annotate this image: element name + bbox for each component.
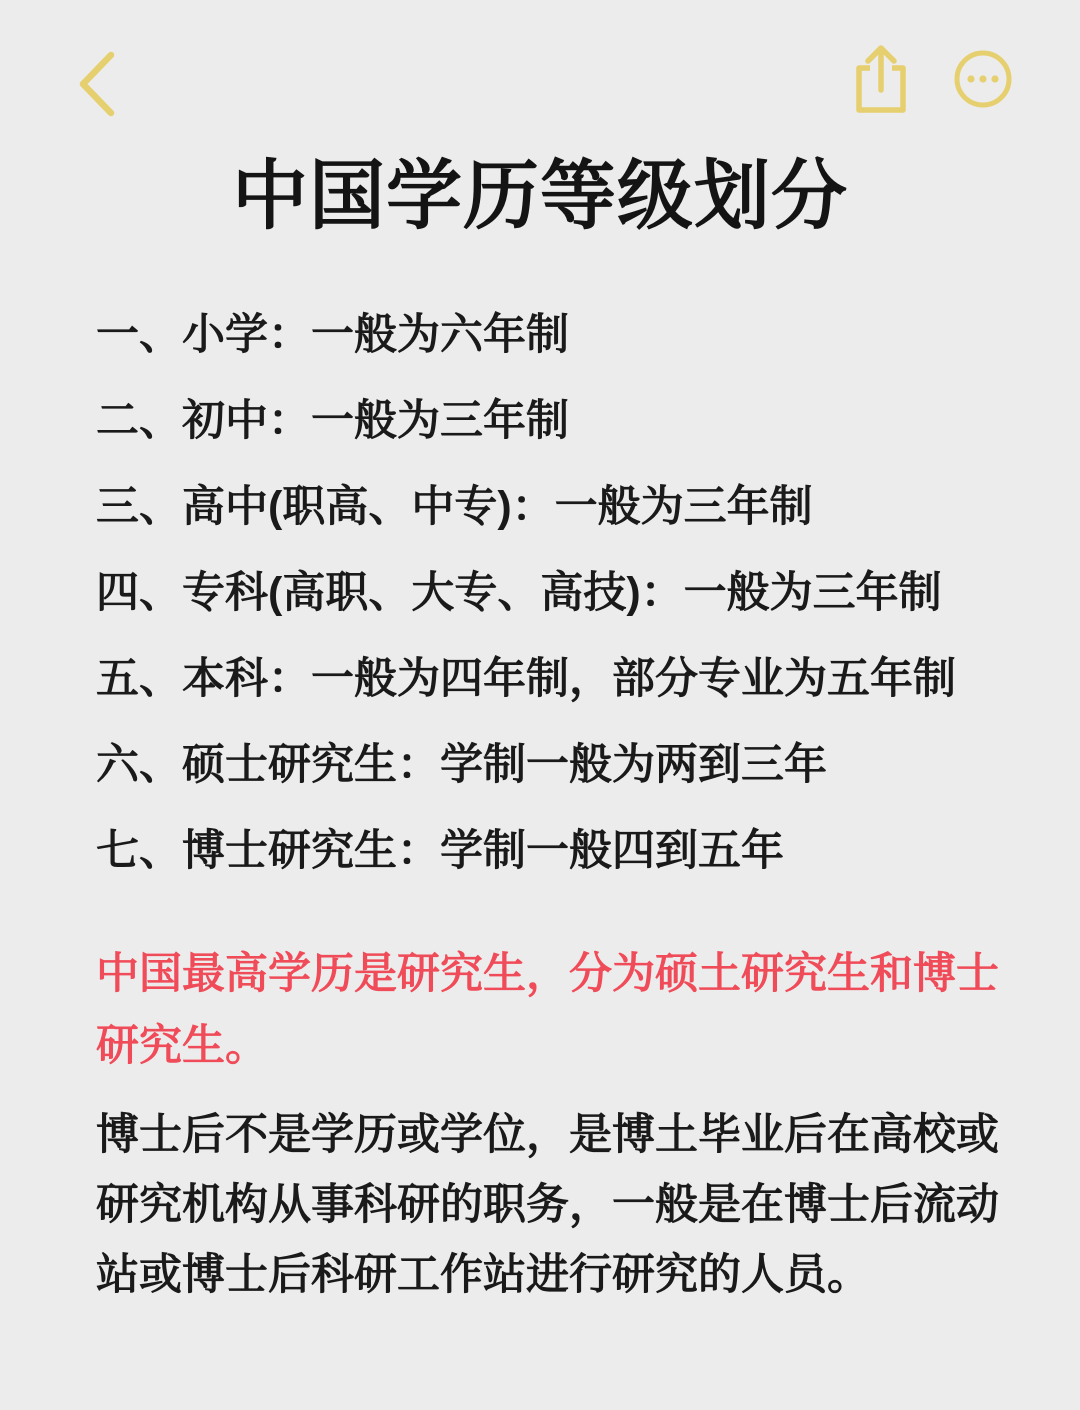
highlight-paragraph: 中国最高学历是研究生，分为硕土研究生和博士研究生。 <box>96 938 1002 1082</box>
list-item: 一、小学：一般为六年制 <box>96 292 1026 378</box>
share-icon <box>848 42 914 116</box>
back-button[interactable] <box>74 50 120 118</box>
list-item: 七、博士研究生：学制一般四到五年 <box>96 808 1026 894</box>
navbar <box>0 0 1080 132</box>
page-title: 中国学历等级划分 <box>0 146 1080 248</box>
ellipsis-circle-icon <box>952 48 1014 110</box>
more-button[interactable] <box>952 48 1014 110</box>
list-item: 二、初中：一般为三年制 <box>96 378 1026 464</box>
education-levels-list: 一、小学：一般为六年制 二、初中：一般为三年制 三、高中(职高、中专)：一般为三… <box>96 292 1026 894</box>
list-item: 六、硕士研究生：学制一般为两到三年 <box>96 722 1026 808</box>
chevron-left-icon <box>74 50 120 118</box>
list-item: 三、高中(职高、中专)：一般为三年制 <box>96 464 1026 550</box>
article-page: 中国学历等级划分 一、小学：一般为六年制 二、初中：一般为三年制 三、高中(职高… <box>0 0 1080 1410</box>
list-item: 四、专科(高职、大专、高技)：一般为三年制 <box>96 550 1026 636</box>
share-button[interactable] <box>848 42 914 116</box>
body-paragraph: 博士后不是学历或学位，是博土毕业后在高校或研究机构从事科研的职务，一般是在博士后… <box>96 1100 1002 1310</box>
list-item: 五、本科：一般为四年制，部分专业为五年制 <box>96 636 1026 722</box>
